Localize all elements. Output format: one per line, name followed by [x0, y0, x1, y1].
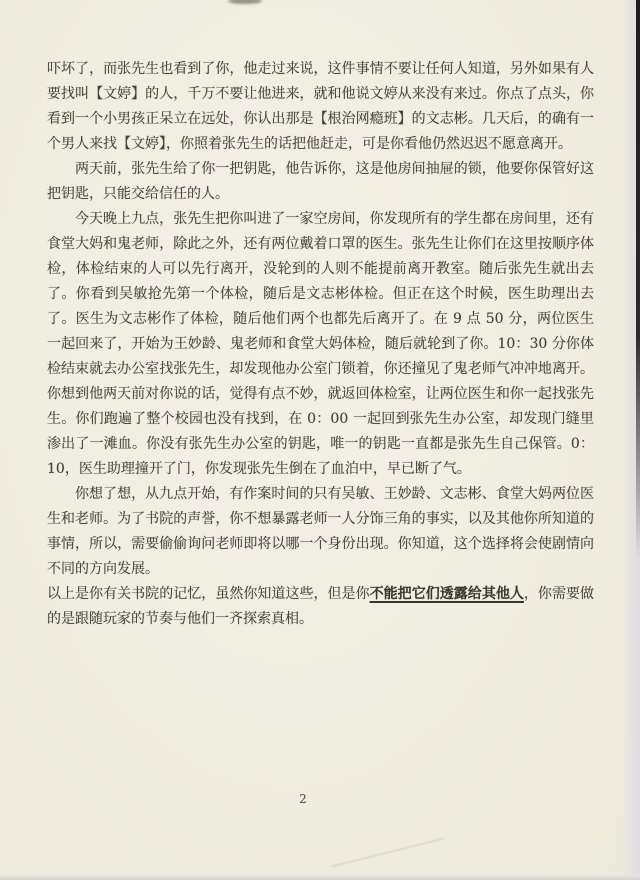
- paragraph-4: 你想了想，从九点开始，有作案时间的只有吴敏、王妙龄、文志彬、食堂大妈两位医生和老…: [47, 482, 594, 582]
- paper-crease: [332, 838, 444, 867]
- scanned-document-page: 吓坏了，而张先生也看到了你，他走过来说，这件事情不要让任何人知道，另外如果有人要…: [0, 0, 640, 880]
- scan-edge-bottom-strip: [0, 875, 640, 880]
- paragraph-5: 以上是你有关书院的记忆，虽然你知道这些，但是你不能把它们透露给其他人，你需要做的…: [47, 582, 594, 632]
- scan-edge-dark-line: [636, 0, 640, 560]
- paragraph-5-emphasis: 不能把它们透露给其他人: [370, 586, 524, 602]
- document-text-block: 吓坏了，而张先生也看到了你，他走过来说，这件事情不要让任何人知道，另外如果有人要…: [47, 57, 594, 632]
- paragraph-2: 两天前，张先生给了你一把钥匙，他告诉你，这是他房间抽屉的锁，他要你保管好这把钥匙…: [47, 157, 594, 207]
- scan-top-smudge: [228, 0, 262, 4]
- paragraph-1: 吓坏了，而张先生也看到了你，他走过来说，这件事情不要让任何人知道，另外如果有人要…: [47, 57, 594, 157]
- paragraph-3: 今天晚上九点，张先生把你叫进了一家空房间，你发现所有的学生都在房间里，还有食堂大…: [47, 207, 594, 482]
- page-number: 2: [0, 792, 606, 806]
- paragraph-5-pre: 以上是你有关书院的记忆，虽然你知道这些，但是你: [47, 586, 370, 602]
